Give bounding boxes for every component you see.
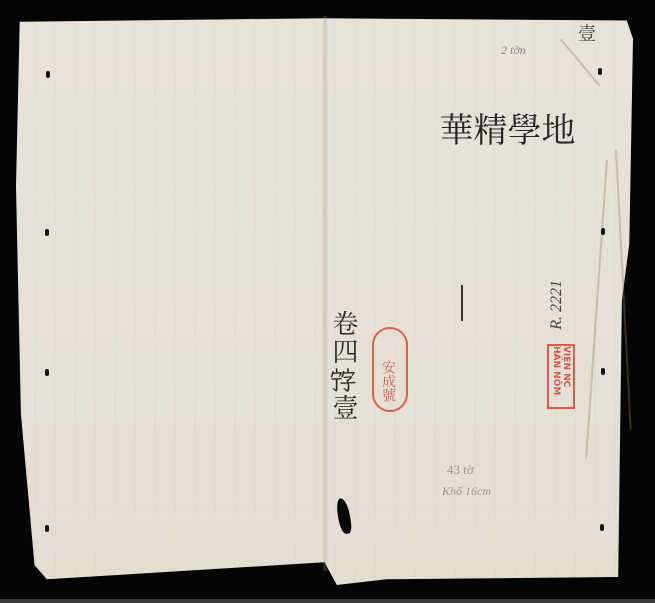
binding-hole — [45, 525, 49, 532]
title-char: 精 — [470, 112, 504, 154]
binding-hole — [600, 524, 604, 531]
binding-hole — [598, 68, 602, 75]
binding-hole — [601, 228, 605, 235]
brush-stroke-tail — [461, 285, 463, 321]
document-title: 地 學 精 華 — [436, 112, 572, 154]
binding-hole — [45, 369, 49, 376]
binding-hole — [601, 368, 605, 375]
pencil-note-size: Khổ 16cm — [442, 484, 491, 499]
center-fold — [322, 16, 328, 571]
title-char: 學 — [504, 112, 538, 154]
shelfmark: R. 2221 — [548, 280, 566, 330]
title-char: 華 — [436, 112, 470, 154]
pencil-note-leaf-count: 43 tờ — [447, 462, 474, 478]
binding-hole — [46, 71, 50, 78]
pencil-note-top: 2 tờn — [501, 43, 526, 58]
binding-hole — [45, 229, 49, 236]
oval-seal-text: 安成號 — [381, 360, 395, 402]
library-stamp-text: VIỆN NC HÁN NÔM — [551, 346, 571, 406]
title-char: 地 — [538, 112, 572, 154]
bottom-border-strip — [0, 599, 655, 603]
corner-mark: 壹 — [578, 20, 596, 46]
volume-note: 卷四𡨸壹 — [330, 310, 356, 422]
